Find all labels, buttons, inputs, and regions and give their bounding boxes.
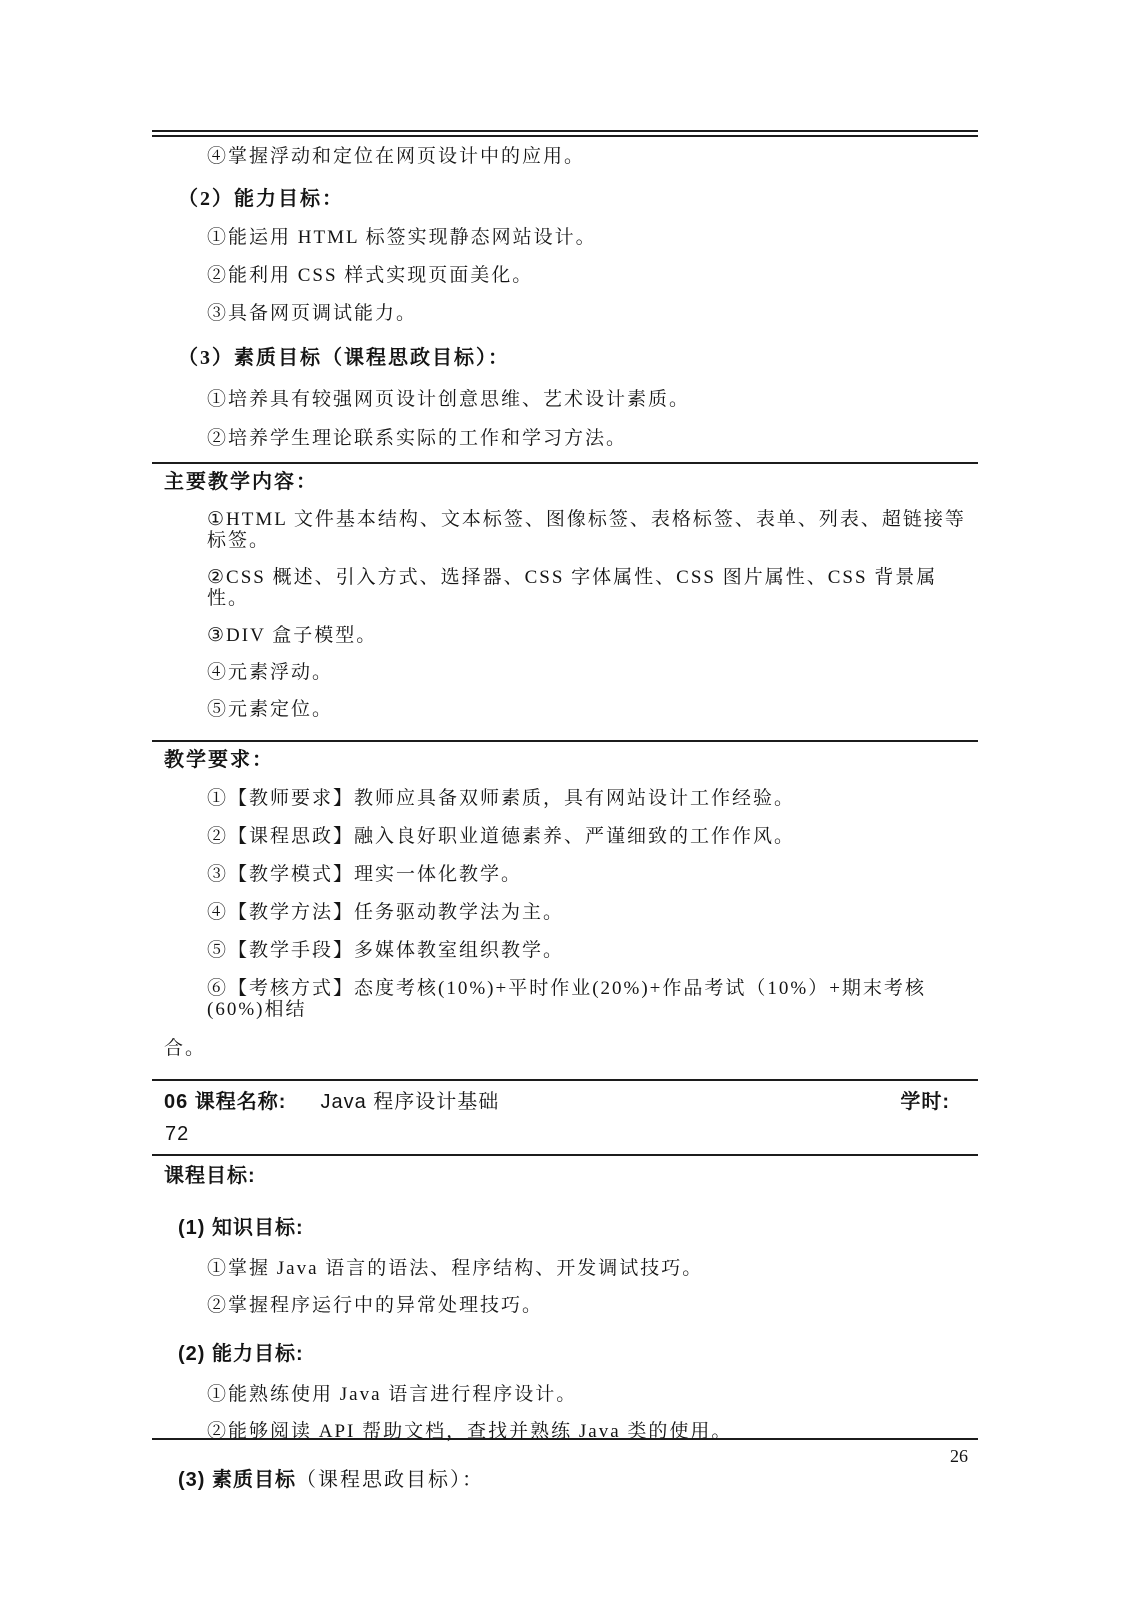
section-teaching-content: 主要教学内容： ①HTML 文件基本结构、文本标签、图像标签、表格标签、表单、列… (152, 464, 978, 742)
course-name: Java 程序设计基础 (320, 1090, 900, 1114)
section-course-06-objectives: 课程目标: (1) 知识目标: ①掌握 Java 语言的语法、程序结构、开发调试… (152, 1156, 978, 1492)
quality-item: ①培养具有较强网页设计创意思维、艺术设计素质。 (207, 389, 978, 410)
ability-objectives-heading: (2) 能力目标: (178, 1342, 978, 1366)
requirement-item: ①【教师要求】教师应具备双师素质，具有网站设计工作经验。 (207, 788, 978, 809)
teaching-requirements-heading: 教学要求： (164, 750, 978, 771)
teaching-content-item: ⑤元素定位。 (207, 699, 978, 720)
teaching-content-item: ④元素浮动。 (207, 662, 978, 683)
course-hours-value: 72 (165, 1124, 978, 1145)
teaching-content-item: ①HTML 文件基本结构、文本标签、图像标签、表格标签、表单、列表、超链接等标签… (207, 509, 978, 551)
section-previous-course-objectives: ④掌握浮动和定位在网页设计中的应用。 （2）能力目标： ①能运用 HTML 标签… (152, 137, 978, 464)
ability-item: ②能利用 CSS 样式实现页面美化。 (207, 265, 978, 286)
quality-objectives-heading: (3) 素质目标（课程思政目标）： (178, 1468, 978, 1492)
quality-objectives-heading-suffix: （课程思政目标）： (296, 1469, 484, 1491)
teaching-content-item: ③DIV 盒子模型。 (207, 625, 978, 646)
course-header-row: 06 课程名称: Java 程序设计基础 学时: (164, 1090, 950, 1114)
document-content: ④掌握浮动和定位在网页设计中的应用。 （2）能力目标： ①能运用 HTML 标签… (152, 130, 978, 1492)
quality-objectives-heading: （3）素质目标（课程思政目标）： (178, 348, 978, 369)
requirement-item: ⑤【教学手段】多媒体教室组织教学。 (207, 940, 978, 961)
requirement-item-wrapped-tail: 合。 (164, 1038, 978, 1059)
knowledge-item: ①掌握 Java 语言的语法、程序结构、开发调试技巧。 (207, 1258, 978, 1279)
document-page: { "page": { "number": "26" }, "prev_cour… (0, 0, 1131, 1600)
teaching-content-heading: 主要教学内容： (164, 472, 978, 493)
table-top-double-border (152, 130, 978, 137)
ability-item: ③具备网页调试能力。 (207, 303, 978, 324)
footer-separator-line (152, 1438, 978, 1440)
knowledge-item: ④掌握浮动和定位在网页设计中的应用。 (207, 146, 978, 167)
knowledge-objectives-heading: (1) 知识目标: (178, 1216, 978, 1240)
course-objectives-heading: 课程目标: (164, 1164, 978, 1188)
ability-item: ①能运用 HTML 标签实现静态网站设计。 (207, 227, 978, 248)
ability-objectives-heading: （2）能力目标： (178, 189, 978, 210)
ability-item: ①能熟练使用 Java 语言进行程序设计。 (207, 1384, 978, 1405)
requirement-item: ④【教学方法】任务驱动教学法为主。 (207, 902, 978, 923)
teaching-content-item: ②CSS 概述、引入方式、选择器、CSS 字体属性、CSS 图片属性、CSS 背… (207, 567, 978, 609)
section-course-06-header: 06 课程名称: Java 程序设计基础 学时: 72 (152, 1081, 978, 1156)
page-number: 26 (152, 1446, 968, 1467)
requirement-item: ②【课程思政】融入良好职业道德素养、严谨细致的工作作风。 (207, 826, 978, 847)
section-teaching-requirements: 教学要求： ①【教师要求】教师应具备双师素质，具有网站设计工作经验。 ②【课程思… (152, 742, 978, 1081)
requirement-item: ⑥【考核方式】态度考核(10%)+平时作业(20%)+作品考试（10%）+期末考… (207, 978, 978, 1020)
course-hours-label: 学时: (900, 1090, 950, 1114)
requirement-item: ③【教学模式】理实一体化教学。 (207, 864, 978, 885)
quality-item: ②培养学生理论联系实际的工作和学习方法。 (207, 428, 978, 449)
quality-objectives-heading-main: (3) 素质目标 (178, 1469, 296, 1491)
course-code-label: 06 课程名称: (164, 1090, 286, 1114)
knowledge-item: ②掌握程序运行中的异常处理技巧。 (207, 1295, 978, 1316)
